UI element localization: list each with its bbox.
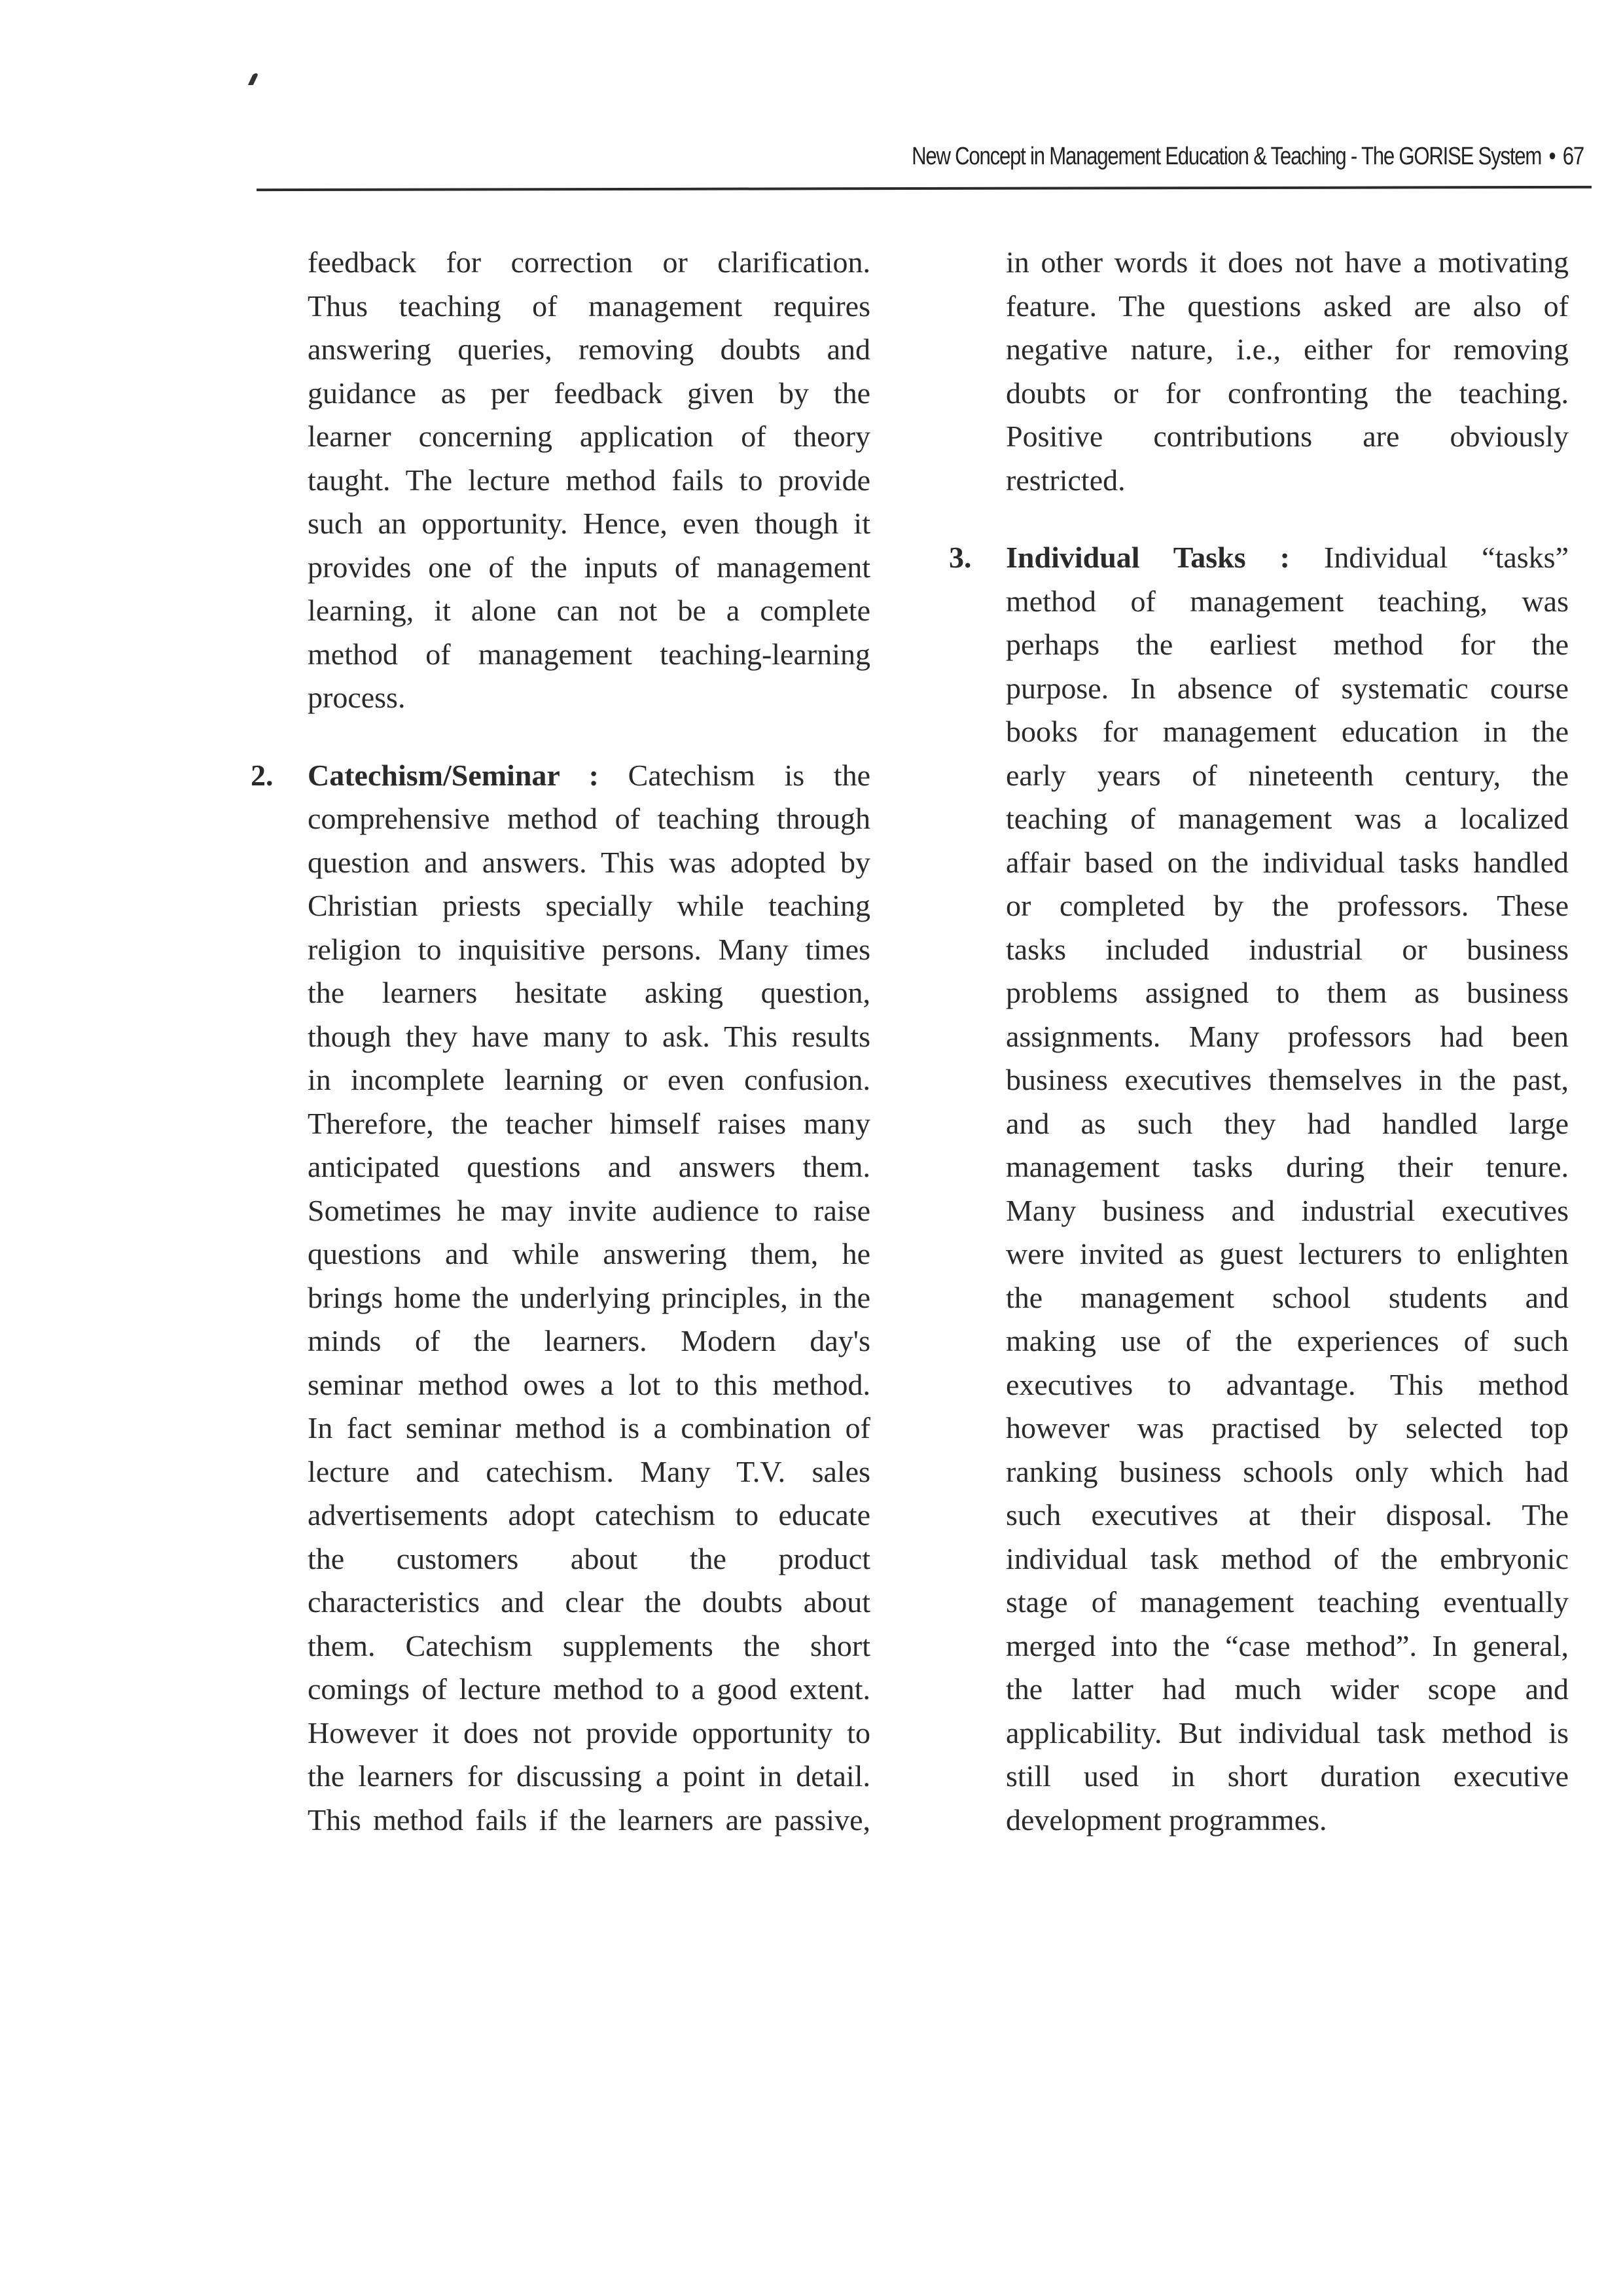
text-line: ranking business schools only which had — [1006, 1450, 1569, 1494]
text-line: however was practised by selected top — [1006, 1407, 1569, 1450]
continued-paragraph: feedback for correction or clarification… — [308, 241, 870, 720]
text-line: the learners for discussing a point in d… — [308, 1755, 870, 1799]
text-line: making use of the experiences of such — [1006, 1319, 1569, 1363]
text-line: them. Catechism supplements the short — [308, 1624, 870, 1668]
text-line: business executives themselves in the pa… — [1006, 1058, 1569, 1102]
paragraph-gap — [308, 720, 870, 754]
text-line: method of management teaching-learning — [308, 633, 870, 677]
text-line: However it does not provide opportunity … — [308, 1712, 870, 1755]
text-line: such executives at their disposal. The — [1006, 1494, 1569, 1537]
text-line: purpose. In absence of systematic course — [1006, 667, 1569, 711]
text-line: guidance as per feedback given by the — [308, 372, 870, 416]
text-line: problems assigned to them as business — [1006, 971, 1569, 1015]
text-line: applicability. But individual task metho… — [1006, 1712, 1569, 1755]
text-line: process. — [308, 676, 870, 720]
text-line: method of management teaching, was — [1006, 580, 1569, 624]
text-line: such an opportunity. Hence, even though … — [308, 502, 870, 546]
paragraph-gap — [1006, 502, 1569, 536]
text-line: teaching of management was a localized — [1006, 797, 1569, 841]
text-line: merged into the “case method”. In genera… — [1006, 1624, 1569, 1668]
text-line: the latter had much wider scope and — [1006, 1668, 1569, 1712]
text-line: individual task method of the embryonic — [1006, 1537, 1569, 1581]
text-line: This method fails if the learners are pa… — [308, 1799, 870, 1842]
text-line: lecture and catechism. Many T.V. sales — [308, 1450, 870, 1494]
text-line: executives to advantage. This method — [1006, 1363, 1569, 1407]
list-item-catechism-seminar: 2. Catechism/Seminar : Catechism is the … — [308, 754, 870, 1842]
item-title: Individual Tasks : — [1006, 541, 1290, 574]
text-line: provides one of the inputs of management — [308, 546, 870, 590]
text-line: negative nature, i.e., either for removi… — [1006, 328, 1569, 372]
text-line: in other words it does not have a motiva… — [1006, 241, 1569, 285]
text-line: affair based on the individual tasks han… — [1006, 841, 1569, 885]
item-number: 3. — [949, 536, 972, 580]
running-header: New Concept in Management Education & Te… — [902, 143, 1584, 171]
text-line: the management school students and — [1006, 1276, 1569, 1320]
text-line: were invited as guest lecturers to enlig… — [1006, 1232, 1569, 1276]
text-line: characteristics and clear the doubts abo… — [308, 1581, 870, 1624]
header-rule — [257, 186, 1592, 191]
text-line: still used in short duration executive — [1006, 1755, 1569, 1799]
text-line: the learners hesitate asking question, — [308, 971, 870, 1015]
text-line: tasks included industrial or business — [1006, 928, 1569, 972]
text-line: minds of the learners. Modern day's — [308, 1319, 870, 1363]
item-title: Catechism/Seminar : — [308, 759, 599, 792]
left-column: feedback for correction or clarification… — [308, 241, 870, 1842]
text-line: stage of management teaching eventually — [1006, 1581, 1569, 1624]
text-line: in incomplete learning or even confusion… — [308, 1058, 870, 1102]
text-line: Therefore, the teacher himself raises ma… — [308, 1102, 870, 1146]
text-line: comings of lecture method to a good exte… — [308, 1668, 870, 1712]
text-line: learner concerning application of theory — [308, 415, 870, 459]
text-line: learning, it alone can not be a complete — [308, 589, 870, 633]
text-line: anticipated questions and answers them. — [308, 1145, 870, 1189]
text-line: assignments. Many professors had been — [1006, 1015, 1569, 1059]
text-line: Individual “tasks” — [1324, 541, 1569, 574]
text-line: Christian priests specially while teachi… — [308, 884, 870, 928]
text-line: doubts or for confronting the teaching. — [1006, 372, 1569, 416]
text-line: feature. The questions asked are also of — [1006, 285, 1569, 329]
scan-speck-mark — [248, 73, 259, 85]
text-line: or completed by the professors. These — [1006, 884, 1569, 928]
text-line: restricted. — [1006, 459, 1569, 503]
text-line: questions and while answering them, he — [308, 1232, 870, 1276]
text-line: Positive contributions are obviously — [1006, 415, 1569, 459]
text-line: question and answers. This was adopted b… — [308, 841, 870, 885]
running-title: New Concept in Management Education & Te… — [912, 143, 1541, 170]
text-line: Thus teaching of management requires — [308, 285, 870, 329]
text-line: taught. The lecture method fails to prov… — [308, 459, 870, 503]
text-line: Catechism is the — [628, 759, 870, 792]
text-line: answering queries, removing doubts and — [308, 328, 870, 372]
text-line: religion to inquisitive persons. Many ti… — [308, 928, 870, 972]
text-line: development programmes. — [1006, 1799, 1569, 1842]
text-line: Sometimes he may invite audience to rais… — [308, 1189, 870, 1233]
text-line: brings home the underlying principles, i… — [308, 1276, 870, 1320]
item-number: 2. — [251, 754, 274, 798]
page-number: 67 — [1563, 143, 1584, 170]
text-line: the customers about the product — [308, 1537, 870, 1581]
text-line: perhaps the earliest method for the — [1006, 623, 1569, 667]
text-line: comprehensive method of teaching through — [308, 797, 870, 841]
right-column: in other words it does not have a motiva… — [1006, 241, 1569, 1842]
text-line: feedback for correction or clarification… — [308, 241, 870, 285]
text-line: management tasks during their tenure. — [1006, 1145, 1569, 1189]
text-line: though they have many to ask. This resul… — [308, 1015, 870, 1059]
text-line: seminar method owes a lot to this method… — [308, 1363, 870, 1407]
text-line: and as such they had handled large — [1006, 1102, 1569, 1146]
bullet-separator: • — [1549, 143, 1556, 170]
continued-paragraph: in other words it does not have a motiva… — [1006, 241, 1569, 502]
list-item-individual-tasks: 3. Individual Tasks : Individual “tasks”… — [1006, 536, 1569, 1842]
text-line: Many business and industrial executives — [1006, 1189, 1569, 1233]
text-line: In fact seminar method is a combination … — [308, 1407, 870, 1450]
text-line: advertisements adopt catechism to educat… — [308, 1494, 870, 1537]
text-line: early years of nineteenth century, the — [1006, 754, 1569, 798]
text-line: books for management education in the — [1006, 710, 1569, 754]
